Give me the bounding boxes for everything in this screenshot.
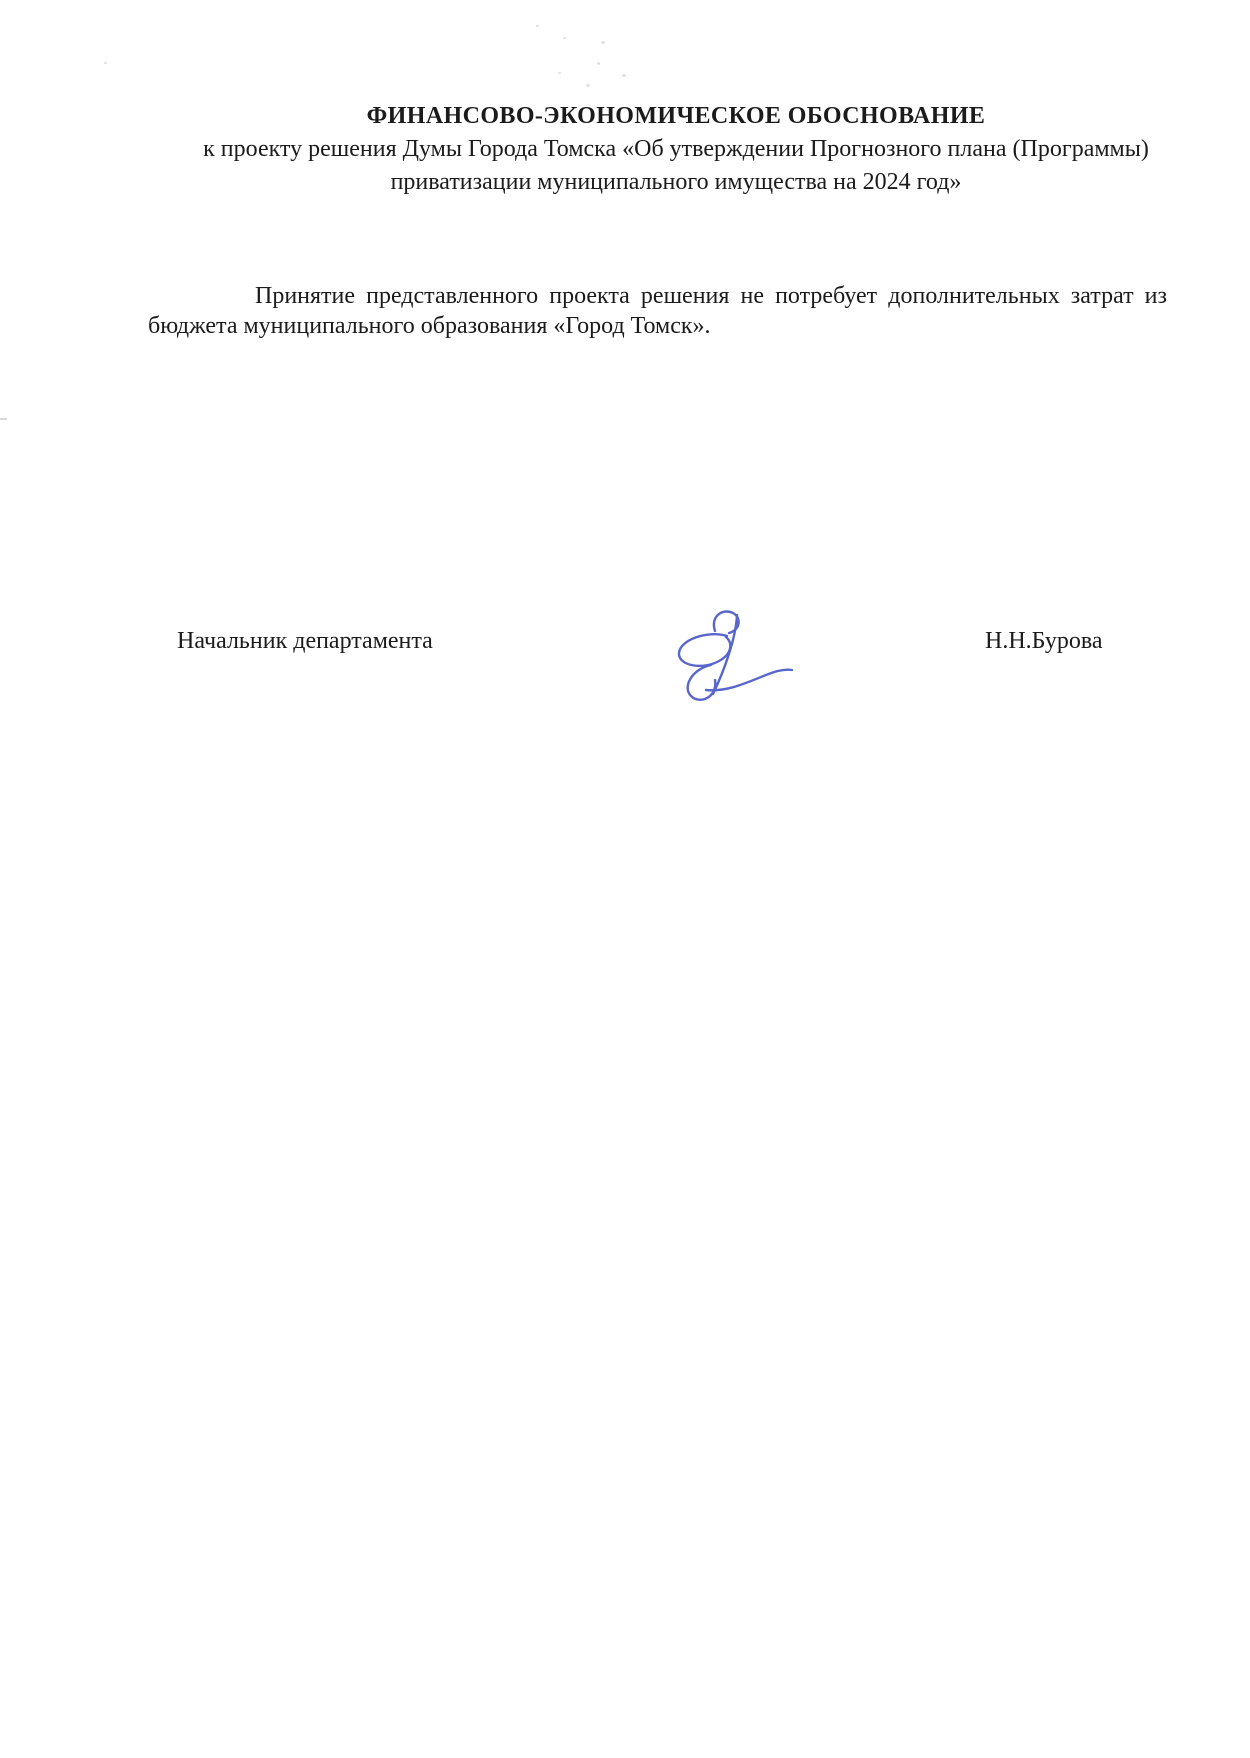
signature-position-label: Начальник департамента [177, 625, 433, 658]
scan-artifact [0, 418, 7, 420]
document-subtitle-line-2: приватизации муниципального имущества на… [180, 166, 1172, 199]
body-paragraph-line-2: бюджета муниципального образования «Горо… [148, 311, 1167, 341]
signature-ink [679, 612, 792, 700]
document-title: ФИНАНСОВО-ЭКОНОМИЧЕСКОЕ ОБОСНОВАНИЕ [180, 100, 1172, 133]
document-subtitle-line-1: к проекту решения Думы Города Томска «Об… [180, 133, 1172, 166]
scan-artifact [558, 72, 561, 74]
scan-artifact [622, 74, 626, 77]
scanned-document-page: ФИНАНСОВО-ЭКОНОМИЧЕСКОЕ ОБОСНОВАНИЕ к пр… [0, 0, 1250, 1758]
scan-artifact [597, 62, 600, 65]
scan-artifact [586, 84, 590, 87]
handwritten-signature [645, 597, 815, 715]
signer-name: Н.Н.Бурова [985, 625, 1103, 658]
scan-artifact [104, 62, 107, 64]
scan-artifact [536, 25, 539, 27]
body-paragraph-line-1: Принятие представленного проекта решения… [148, 281, 1167, 311]
scan-artifact [601, 41, 605, 44]
scan-artifact [563, 37, 566, 39]
